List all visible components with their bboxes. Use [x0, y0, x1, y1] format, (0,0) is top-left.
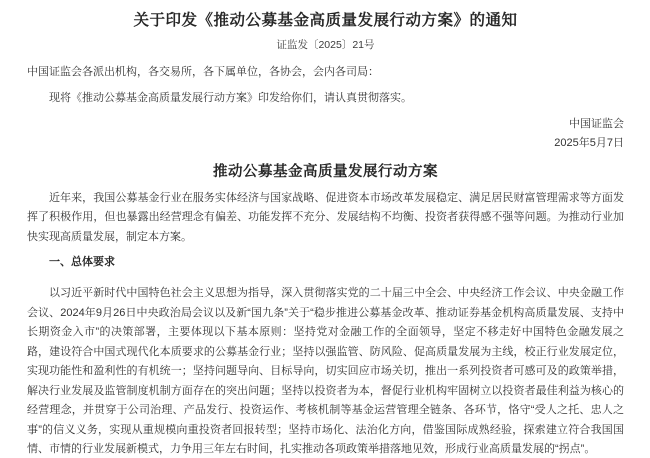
- notice-title: 关于印发《推动公募基金高质量发展行动方案》的通知: [27, 10, 624, 32]
- issue-date: 2025年5月7日: [27, 134, 624, 153]
- document-number: 证监发〔2025〕21号: [27, 38, 624, 53]
- section-1-heading: 一、总体要求: [27, 253, 624, 272]
- notice-body-text: 现将《推动公募基金高质量发展行动方案》印发给你们，请认真贯彻落实。: [27, 89, 624, 109]
- section-1-paragraph: 以习近平新时代中国特色社会主义思想为指导，深入贯彻落实党的二十届三中全会、中央经…: [27, 284, 624, 458]
- issuer-name: 中国证监会: [27, 115, 624, 134]
- plan-title: 推动公募基金高质量发展行动方案: [27, 161, 624, 183]
- signature-block: 中国证监会 2025年5月7日: [27, 115, 624, 153]
- notice-document: 关于印发《推动公募基金高质量发展行动方案》的通知 证监发〔2025〕21号 中国…: [0, 0, 650, 458]
- plan-intro-paragraph: 近年来，我国公募基金行业在服务实体经济与国家战略、促进资本市场改革发展稳定、满足…: [27, 189, 624, 248]
- salutation-line: 中国证监会各派出机构，各交易所，各下属单位，各协会，会内各司局：: [27, 62, 624, 82]
